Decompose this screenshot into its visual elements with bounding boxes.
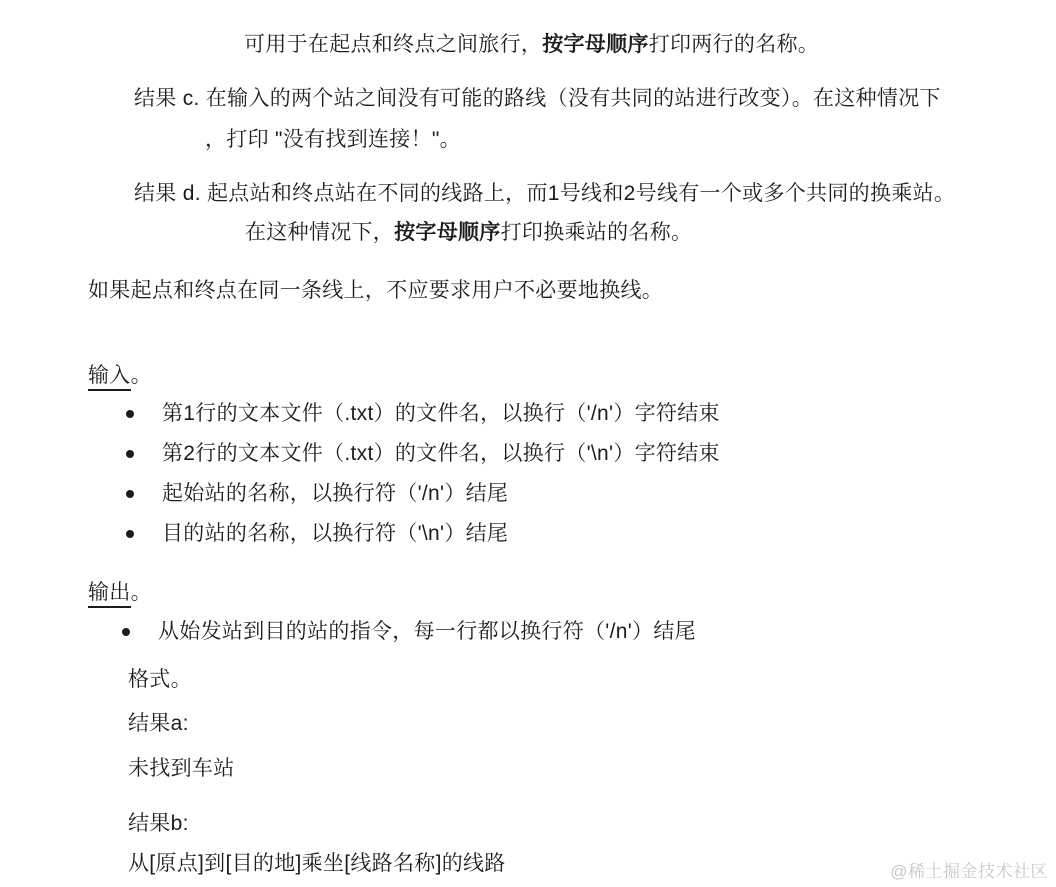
bullet-icon (126, 450, 134, 458)
input-section-heading: 输入。 (88, 364, 152, 388)
watermark: @稀土掘金技术社区 (890, 857, 1048, 882)
input-bullet-item: 第2行的文本文件（.txt）的文件名，以换行（'\n'）字符结束 (126, 442, 720, 466)
result-c-paragraph-line1: 结果 c. 在输入的两个站之间没有可能的路线（没有共同的站进行改变）。在这种情况… (134, 87, 941, 111)
bullet-text: 起始站的名称，以换行符（'/n'）结尾 (162, 482, 508, 506)
same-line-note: 如果起点和终点在同一条线上，不应要求用户不必要地换线。 (88, 279, 663, 303)
result-d-paragraph-line2: 在这种情况下，按字母顺序打印换乘站的名称。 (245, 221, 692, 245)
bullet-text: 第2行的文本文件（.txt）的文件名，以换行（'\n'）字符结束 (162, 442, 720, 466)
output-bullet-item: 从始发站到目的站的指令，每一行都以换行符（'/n'）结尾 (122, 620, 696, 644)
bullet-icon (126, 530, 134, 538)
input-bullet-item: 第1行的文本文件（.txt）的文件名，以换行（'/n'）字符结束 (126, 402, 720, 426)
output-section-heading: 输出。 (88, 581, 152, 605)
bullet-text: 目的站的名称，以换行符（'\n'）结尾 (162, 522, 508, 546)
intro-paragraph: 可用于在起点和终点之间旅行，按字母顺序打印两行的名称。 (244, 33, 819, 57)
format-heading: 格式。 (128, 668, 192, 692)
bullet-icon (122, 628, 130, 636)
result-d-paragraph-line1: 结果 d. 起点站和终点站在不同的线路上，而1号线和2号线有一个或多个共同的换乘… (134, 182, 955, 206)
input-heading-underlined-text: 输入 (88, 364, 131, 391)
result-a-label: 结果a: (128, 712, 189, 736)
input-bullet-item: 起始站的名称，以换行符（'/n'）结尾 (126, 482, 508, 506)
output-heading-underlined-text: 输出 (88, 581, 131, 608)
output-heading-suffix: 。 (131, 581, 152, 604)
result-b-text: 从[原点]到[目的地]乘坐[线路名称]的线路 (128, 852, 506, 876)
bullet-text: 从始发站到目的站的指令，每一行都以换行符（'/n'）结尾 (158, 620, 696, 644)
bullet-icon (126, 490, 134, 498)
bullet-icon (126, 410, 134, 418)
input-heading-suffix: 。 (131, 364, 152, 387)
document-page: 可用于在起点和终点之间旅行，按字母顺序打印两行的名称。 结果 c. 在输入的两个… (0, 0, 1056, 887)
result-b-label: 结果b: (128, 812, 189, 836)
result-c-paragraph-line2: ，打印 "没有找到连接！"。 (205, 128, 461, 152)
input-bullet-item: 目的站的名称，以换行符（'\n'）结尾 (126, 522, 508, 546)
result-a-text: 未找到车站 (128, 757, 235, 781)
bullet-text: 第1行的文本文件（.txt）的文件名，以换行（'/n'）字符结束 (162, 402, 720, 426)
